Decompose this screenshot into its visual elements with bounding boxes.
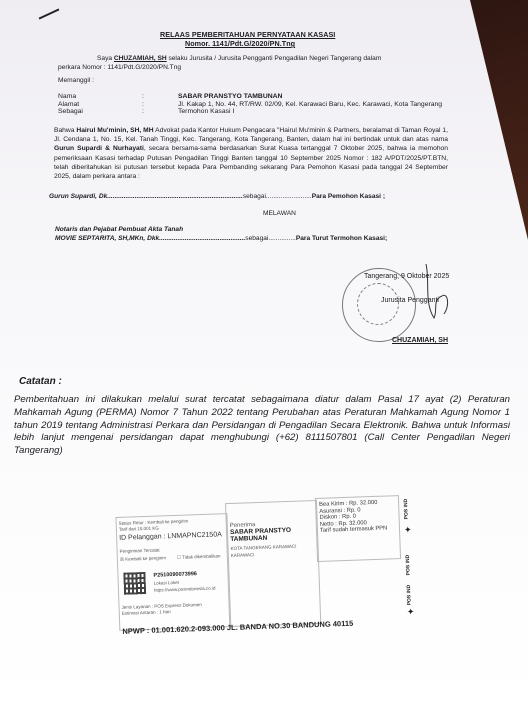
sign-place-date: Tangerang, 9 Oktober 2025	[364, 273, 449, 280]
pos-logo-3: POS IND	[406, 585, 413, 606]
pos-bird-icon-2: ✦	[407, 607, 415, 618]
sign-name: CHUZAMIAH, SH	[392, 337, 448, 344]
document-number: Nomor. 1141/Pdt.G/2020/PN.Tng	[185, 39, 295, 48]
pos-bird-icon: ✦	[404, 525, 412, 536]
party-row-address: Alamat : Jl. Kakap 1, No. 44, RT/RW. 02/…	[58, 101, 442, 109]
pos-logo-2: POS IND	[405, 555, 412, 576]
pen-mark	[39, 8, 60, 19]
document-title: RELAAS PEMBERITAHUAN PERNYATAAN KASASI	[160, 30, 335, 39]
label-recipient-box	[225, 500, 321, 627]
signature-mark	[420, 262, 456, 322]
note-title: Catatan :	[19, 376, 62, 387]
body-paragraph: Bahwa Hairul Mu'minin, SH, MH Advokat pa…	[54, 126, 448, 181]
document-page: RELAAS PEMBERITAHUAN PERNYATAAN KASASI N…	[0, 0, 528, 706]
party-details: Nama : SABAR PRANSTYO TAMBUNAN Alamat : …	[58, 93, 442, 116]
respondent-title: Notaris dan Pejabat Pembuat Akta Tanah	[55, 226, 183, 233]
pos-logo: POS IND	[403, 499, 410, 520]
party-row-name: Nama : SABAR PRANSTYO TAMBUNAN	[58, 93, 442, 101]
respondent-line: MOVIE SEPTARITA, SH,MKn, Dkk............…	[55, 235, 387, 242]
party-row-role: Sebagai : Termohon Kasasi I	[58, 108, 442, 116]
applicant-line: Gurun Supardi, Dk.......................…	[49, 193, 385, 200]
intro-line: Saya CHUZAMIAH, SH selaku Jurusita / Jur…	[97, 55, 381, 62]
officer-name: CHUZAMIAH, SH	[114, 55, 167, 62]
case-number-line: perkara Nomor : 1141/Pdt.G/2020/PN.Tng	[58, 64, 181, 71]
note-text: Pemberitahuan ini dilakukan melalui sura…	[14, 394, 510, 458]
label-recipient-name: SABAR PRANSTYO TAMBUNAN	[230, 526, 310, 543]
label-fees: Bea Kirim : Rp. 32.000 Asuransi : Rp. 0 …	[319, 500, 387, 535]
label-recipient-area: KARAWACI	[231, 552, 255, 558]
summon-label: Memanggil :	[58, 77, 94, 84]
qr-code	[123, 572, 146, 595]
label-tracking-sub1: Lokasi Loket	[154, 580, 179, 586]
sign-position: Jurusita Pengganti	[381, 297, 439, 304]
postal-label: Status Retur : Kembali ke pengirim Tarif…	[115, 494, 425, 645]
versus-label: MELAWAN	[263, 210, 296, 217]
